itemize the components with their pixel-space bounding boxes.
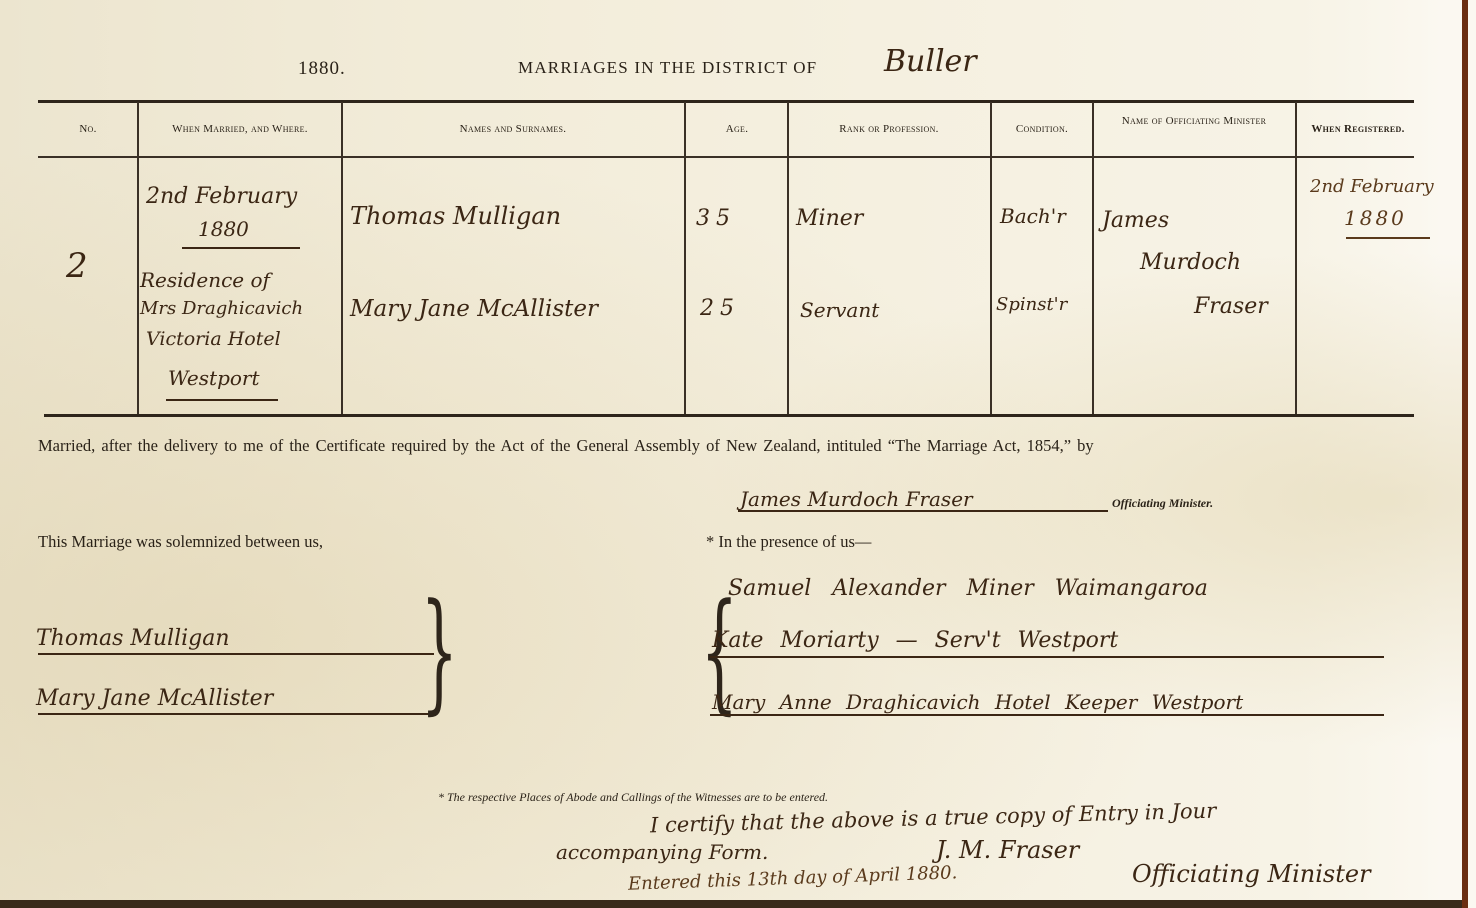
- column-divider: [990, 102, 992, 414]
- minister-first-name: James: [1102, 208, 1169, 233]
- col-header-names: Names and Surnames.: [344, 123, 682, 135]
- groom-condition: Bach'r: [1000, 204, 1066, 228]
- col-header-profession: Rank or Profession.: [790, 123, 988, 135]
- witness-3: Mary Anne Draghicavich Hotel Keeper West…: [712, 690, 1243, 714]
- signature-line: [710, 714, 1384, 716]
- column-divider: [684, 102, 686, 414]
- entry-number: 2: [66, 246, 88, 286]
- table-top-rule: [38, 100, 1414, 103]
- minister-signature: James Murdoch Fraser: [740, 487, 973, 511]
- marriage-place-line2: Mrs Draghicavich: [140, 298, 303, 319]
- register-title: MARRIAGES IN THE DISTRICT OF: [518, 58, 817, 78]
- marriage-place-line4: Westport: [168, 366, 260, 390]
- column-divider: [137, 102, 139, 414]
- signature-line: [710, 656, 1384, 658]
- district-name: Buller: [884, 44, 977, 79]
- signature-line: [738, 510, 1108, 512]
- bride-condition: Spinst'r: [996, 294, 1067, 315]
- underline: [1346, 237, 1430, 239]
- presence-label: * In the presence of us—: [706, 532, 871, 552]
- certification-role: Officiating Minister: [1132, 860, 1371, 888]
- minister-label: Officiating Minister.: [1112, 496, 1213, 511]
- col-header-number: No.: [40, 123, 136, 135]
- bride-profession: Servant: [800, 298, 879, 322]
- witness-2: Kate Moriarty — Serv't Westport: [712, 628, 1118, 653]
- groom-age: 35: [696, 206, 736, 231]
- column-divider: [341, 102, 343, 414]
- bride-signature: Mary Jane McAllister: [36, 686, 273, 711]
- column-divider: [787, 102, 789, 414]
- column-divider: [1092, 102, 1094, 414]
- marriage-date: 2nd February: [146, 184, 297, 209]
- col-header-registered: When Registered.: [1298, 123, 1418, 135]
- declaration-text: Married, after the delivery to me of the…: [38, 436, 1094, 456]
- underline: [182, 247, 300, 249]
- marriage-year: 1880: [198, 217, 249, 241]
- scan-margin: [1468, 0, 1476, 908]
- register-year: 1880.: [298, 58, 346, 80]
- certification-signature: J. M. Fraser: [936, 836, 1079, 864]
- signature-line: [38, 653, 434, 655]
- groom-signature: Thomas Mulligan: [36, 626, 230, 651]
- certification-line2: accompanying Form.: [556, 840, 768, 864]
- entered-note: Entered this 13th day of April 1880.: [628, 862, 958, 894]
- table-bottom-rule: [44, 414, 1414, 417]
- registered-date: 2nd February: [1310, 176, 1434, 197]
- register-page: 1880. MARRIAGES IN THE DISTRICT OF Bulle…: [0, 0, 1462, 908]
- page-bottom-edge: [0, 900, 1462, 908]
- groom-profession: Miner: [796, 206, 863, 231]
- witness-1: Samuel Alexander Miner Waimangaroa: [728, 576, 1208, 601]
- minister-middle-name: Murdoch: [1140, 250, 1241, 275]
- right-brace: }: [421, 586, 458, 716]
- column-divider: [1295, 102, 1297, 414]
- signature-line: [38, 713, 434, 715]
- bride-age: 25: [700, 296, 740, 321]
- col-header-when-where: When Married, and Where.: [140, 123, 340, 135]
- marriage-place-line1: Residence of: [140, 268, 270, 292]
- col-header-age: Age.: [688, 123, 786, 135]
- groom-name: Thomas Mulligan: [350, 202, 561, 230]
- underline: [166, 399, 278, 401]
- col-header-condition: Condition.: [993, 123, 1091, 135]
- marriage-place-line3: Victoria Hotel: [146, 328, 281, 350]
- minister-surname: Fraser: [1194, 294, 1268, 319]
- header-bottom-rule: [38, 156, 1414, 158]
- footnote: * The respective Places of Abode and Cal…: [438, 790, 828, 805]
- solemnized-label: This Marriage was solemnized between us,: [38, 532, 323, 552]
- registered-year: 1880: [1344, 206, 1407, 230]
- bride-name: Mary Jane McAllister: [350, 296, 598, 322]
- col-header-minister: Name of Officiating Minister: [1095, 115, 1293, 127]
